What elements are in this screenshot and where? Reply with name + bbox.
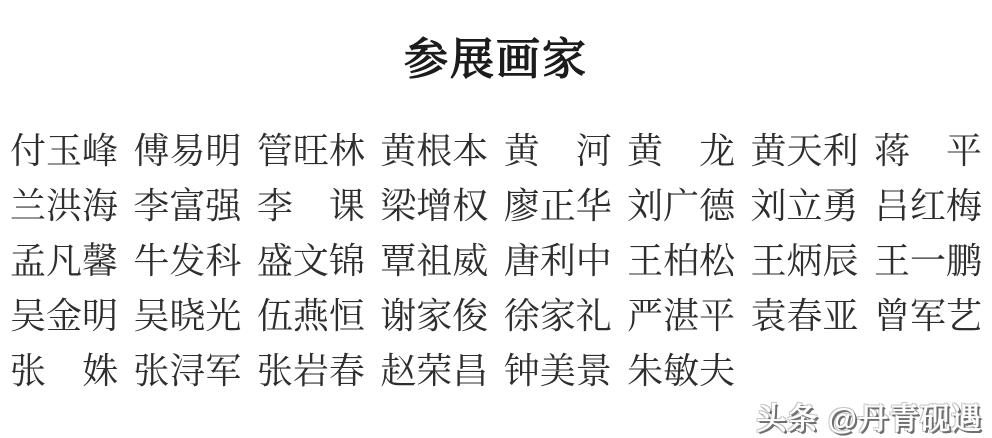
painter-name: 李富强 — [133, 179, 241, 234]
painter-name: 李 课 — [257, 179, 365, 234]
exhibition-painters-page: 参展画家 付玉峰 傅易明 管旺林 黄根本 黄 河 黄 龙 黄天利 蒋 平 兰洪海… — [0, 0, 992, 438]
painter-name: 曾军艺 — [874, 289, 982, 344]
painter-name: 严湛平 — [627, 289, 735, 344]
painter-name: 孟凡馨 — [10, 234, 118, 289]
page-title: 参展画家 — [0, 0, 992, 84]
painter-name: 张岩春 — [257, 344, 365, 399]
painter-name: 蒋 平 — [874, 124, 982, 179]
painter-name: 谢家俊 — [380, 289, 488, 344]
painter-name: 覃祖威 — [380, 234, 488, 289]
painter-name: 王一鹏 — [874, 234, 982, 289]
painter-name: 赵荣昌 — [380, 344, 488, 399]
painter-name: 黄根本 — [380, 124, 488, 179]
painter-name: 梁增权 — [380, 179, 488, 234]
painter-name: 张 姝 — [10, 344, 118, 399]
painter-name: 吕红梅 — [874, 179, 982, 234]
painter-name: 兰洪海 — [10, 179, 118, 234]
painter-name: 管旺林 — [257, 124, 365, 179]
painter-name: 刘广德 — [627, 179, 735, 234]
painter-name: 黄 河 — [504, 124, 612, 179]
painter-name: 伍燕恒 — [257, 289, 365, 344]
painter-name: 傅易明 — [133, 124, 241, 179]
painter-name: 刘立勇 — [751, 179, 859, 234]
painter-name: 黄 龙 — [627, 124, 735, 179]
painter-name: 盛文锦 — [257, 234, 365, 289]
toutiao-watermark: 头条 @丹青砚遇 — [756, 394, 982, 438]
painter-name: 徐家礼 — [504, 289, 612, 344]
painter-name: 张浔军 — [133, 344, 241, 399]
painter-name: 钟美景 — [504, 344, 612, 399]
painter-name: 王炳辰 — [751, 234, 859, 289]
painter-name: 付玉峰 — [10, 124, 118, 179]
painter-name-list: 付玉峰 傅易明 管旺林 黄根本 黄 河 黄 龙 黄天利 蒋 平 兰洪海 李富强 … — [10, 124, 982, 399]
painter-name: 牛发科 — [133, 234, 241, 289]
painter-name: 袁春亚 — [751, 289, 859, 344]
painter-name: 朱敏夫 — [627, 344, 735, 399]
painter-name: 廖正华 — [504, 179, 612, 234]
painter-name: 王柏松 — [627, 234, 735, 289]
painter-name: 吴晓光 — [133, 289, 241, 344]
painter-name: 吴金明 — [10, 289, 118, 344]
painter-name: 唐利中 — [504, 234, 612, 289]
painter-name: 黄天利 — [751, 124, 859, 179]
